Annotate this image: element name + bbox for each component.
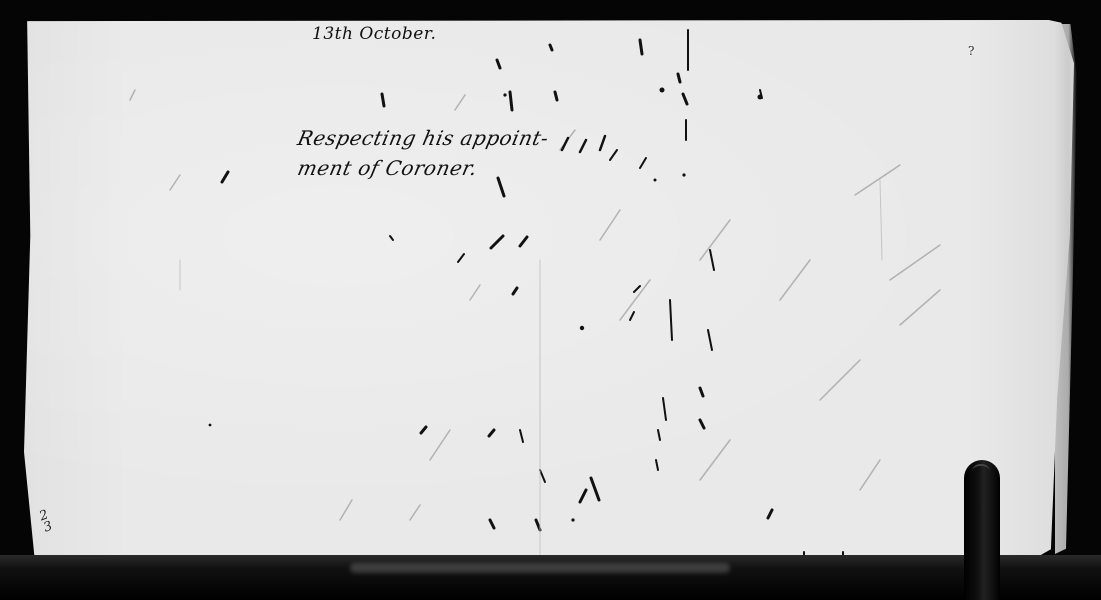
paper-sheet bbox=[24, 20, 1074, 560]
binding-clip-icon bbox=[964, 460, 1000, 600]
scanned-document: 13th October. Respecting his appoint- me… bbox=[0, 0, 1101, 600]
top-right-mark: ? bbox=[968, 44, 974, 58]
scanner-bed-bottom bbox=[0, 555, 1101, 600]
scanner-sheen bbox=[350, 563, 730, 573]
paper-fold-edge bbox=[1055, 24, 1077, 554]
subject-line-1: Respecting his appoint- bbox=[295, 126, 551, 150]
subject-line-2: ment of Coroner. bbox=[295, 156, 479, 180]
date-annotation: 13th October. bbox=[312, 24, 436, 44]
